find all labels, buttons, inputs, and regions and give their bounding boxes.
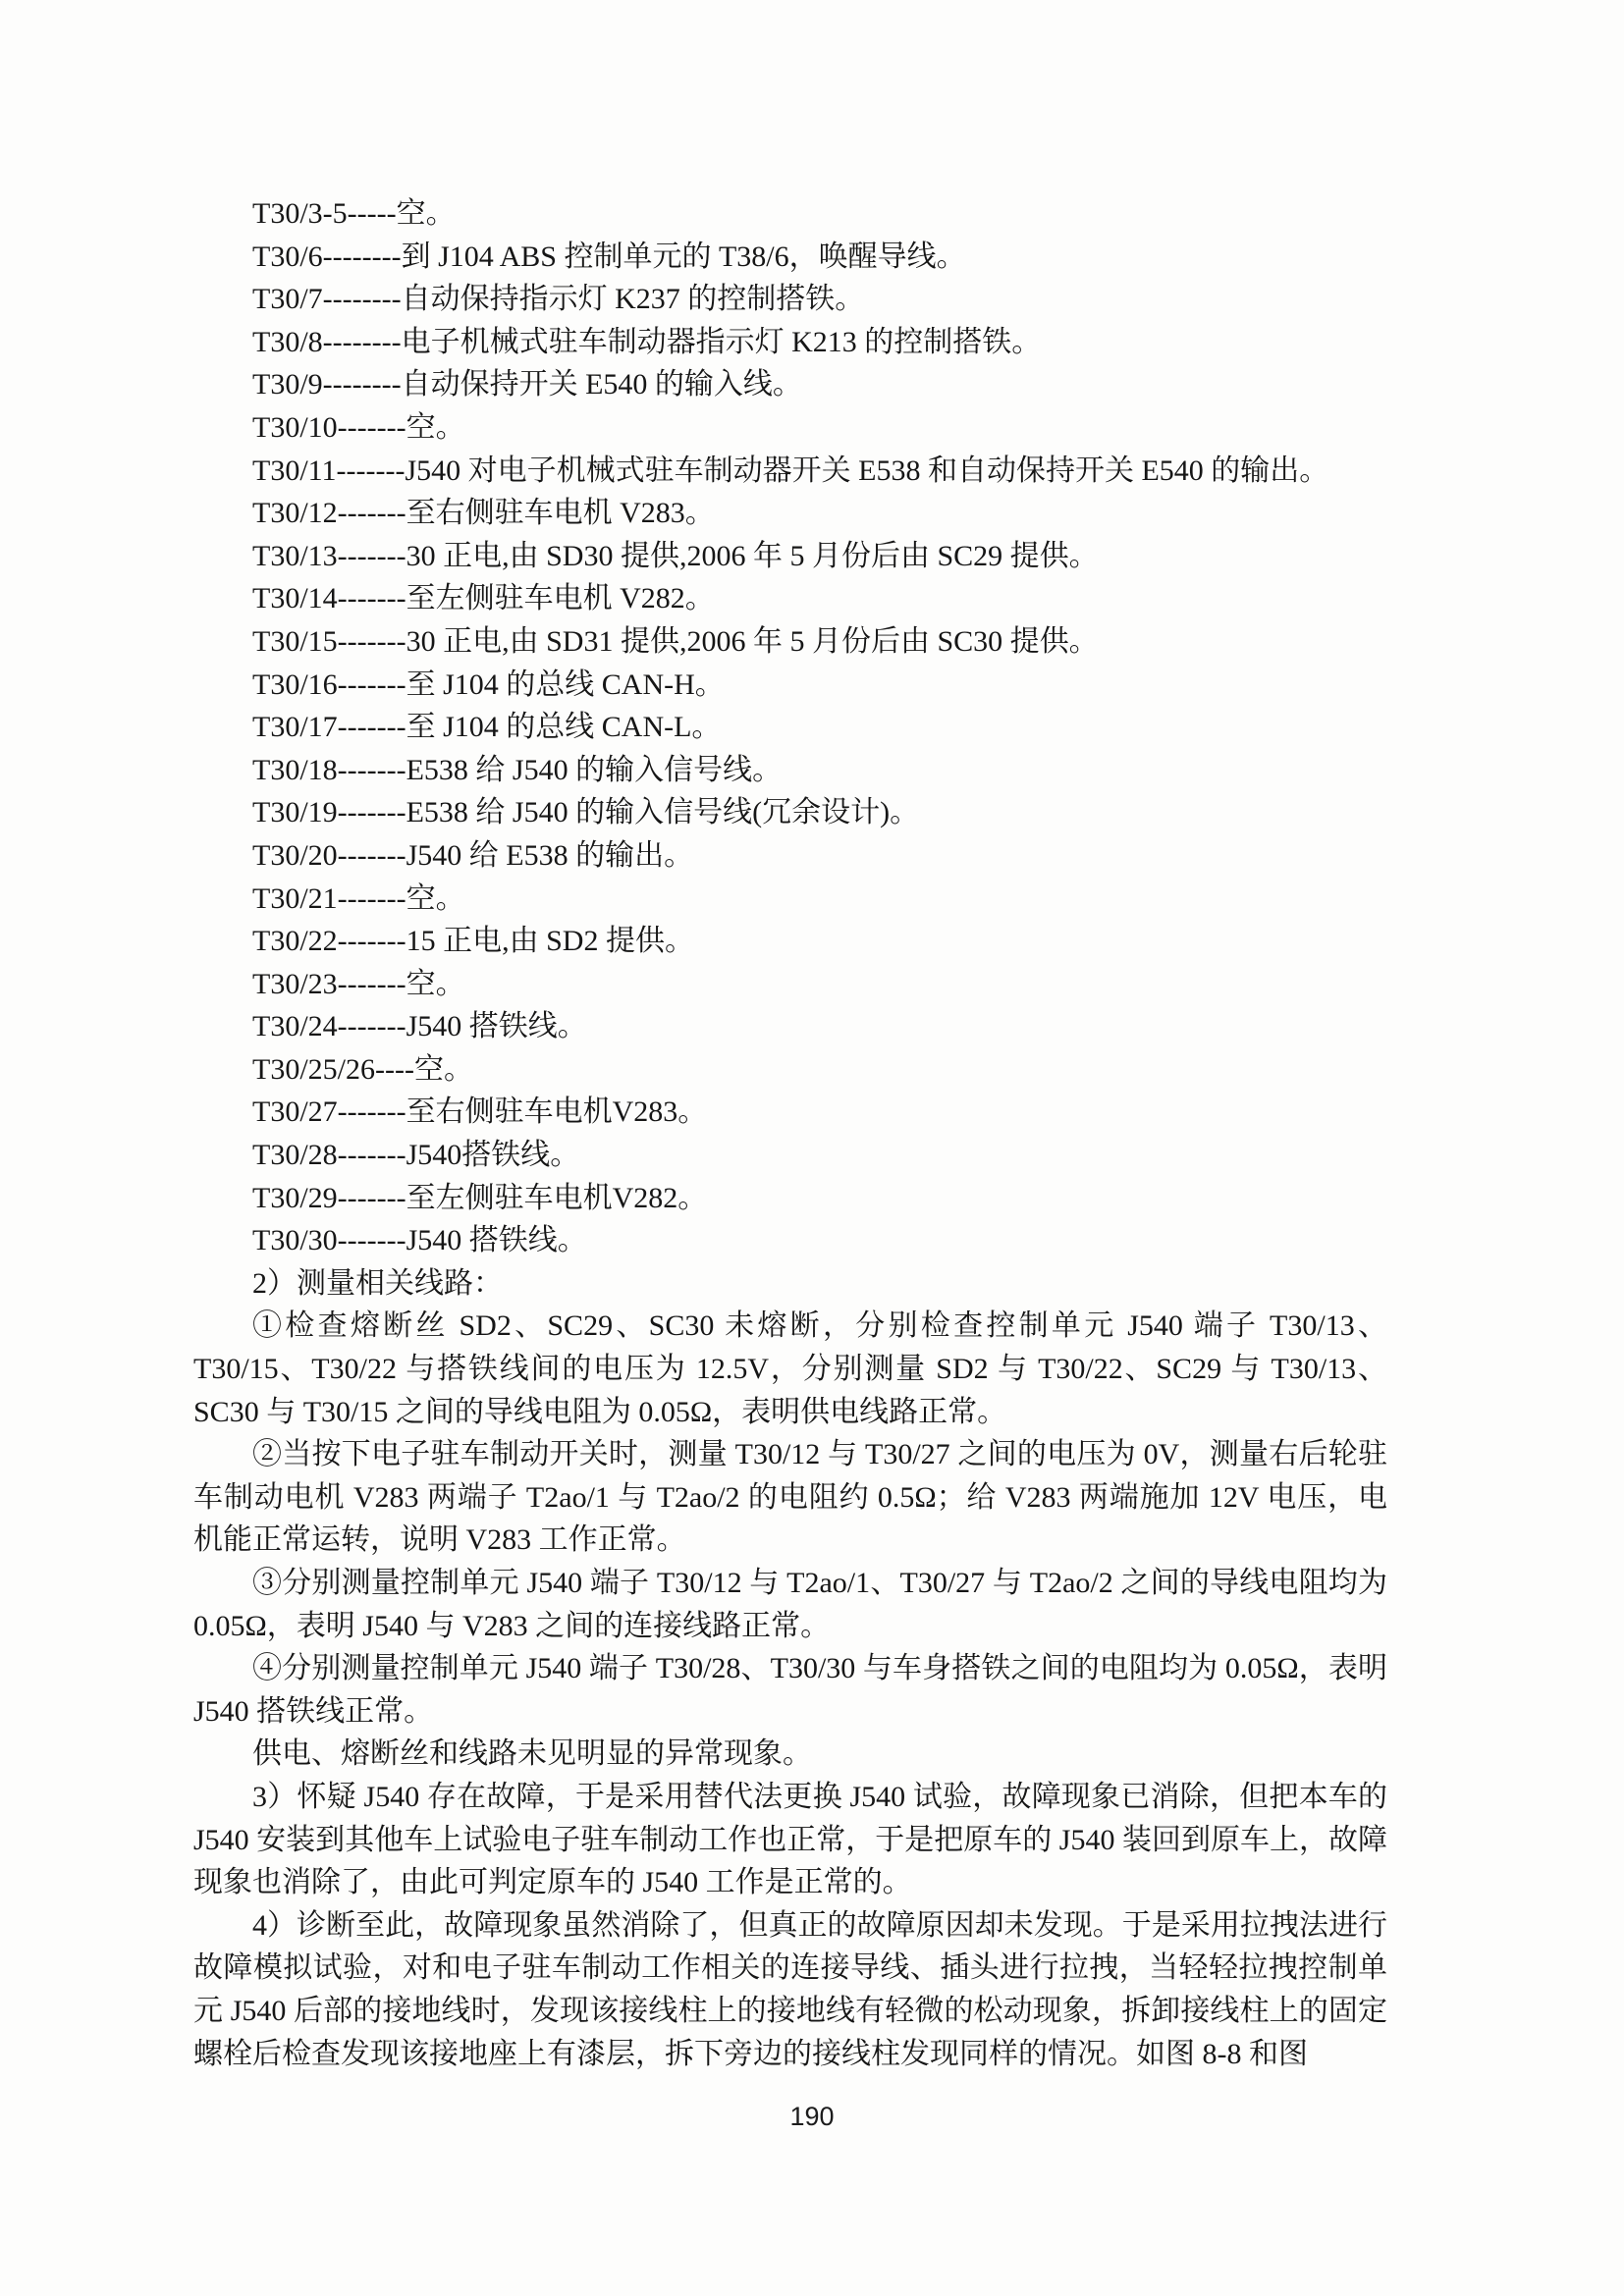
pin-assignment-line: T30/28-------J540搭铁线。 xyxy=(193,1134,1387,1177)
text-block: T30/3-5-----空。T30/6--------到 J104 ABS 控制… xyxy=(193,192,1387,2075)
pin-assignment-line: T30/7--------自动保持指示灯 K237 的控制搭铁。 xyxy=(193,278,1387,321)
pin-assignment-line: T30/20-------J540 给 E538 的输出。 xyxy=(193,834,1387,878)
pin-assignment-line: T30/30-------J540 搭铁线。 xyxy=(193,1219,1387,1262)
pin-assignment-line: T30/10-------空。 xyxy=(193,406,1387,450)
pin-assignment-line: T30/15-------30 正电,由 SD31 提供,2006 年 5 月份… xyxy=(193,620,1387,664)
pin-assignment-line: T30/14-------至左侧驻车电机 V282。 xyxy=(193,577,1387,620)
pin-assignment-line: T30/8--------电子机械式驻车制动器指示灯 K213 的控制搭铁。 xyxy=(193,321,1387,364)
document-page: T30/3-5-----空。T30/6--------到 J104 ABS 控制… xyxy=(0,0,1624,2296)
pin-assignment-line: T30/12-------至右侧驻车电机 V283。 xyxy=(193,492,1387,535)
pin-assignment-line: T30/21-------空。 xyxy=(193,878,1387,921)
paragraph-list: 2）测量相关线路：①检查熔断丝 SD2、SC29、SC30 未熔断，分别检查控制… xyxy=(193,1262,1387,2075)
pin-assignment-line: T30/9--------自动保持开关 E540 的输入线。 xyxy=(193,363,1387,406)
pin-assignment-line: T30/27-------至右侧驻车电机V283。 xyxy=(193,1091,1387,1134)
pin-assignment-line: T30/22-------15 正电,由 SD2 提供。 xyxy=(193,920,1387,963)
body-paragraph: 3）怀疑 J540 存在故障，于是采用替代法更换 J540 试验，故障现象已消除… xyxy=(193,1776,1387,1904)
body-paragraph: ③分别测量控制单元 J540 端子 T30/12 与 T2ao/1、T30/27… xyxy=(193,1562,1387,1647)
page-number: 190 xyxy=(0,2102,1624,2132)
body-paragraph: 4）诊断至此，故障现象虽然消除了，但真正的故障原因却未发现。于是采用拉拽法进行故… xyxy=(193,1904,1387,2075)
pin-assignment-line: T30/3-5-----空。 xyxy=(193,192,1387,236)
body-paragraph: 2）测量相关线路： xyxy=(193,1262,1387,1306)
pin-assignment-line: T30/13-------30 正电,由 SD30 提供,2006 年 5 月份… xyxy=(193,535,1387,578)
pin-assignment-line: T30/11-------J540 对电子机械式驻车制动器开关 E538 和自动… xyxy=(193,450,1387,493)
pin-assignment-list: T30/3-5-----空。T30/6--------到 J104 ABS 控制… xyxy=(193,192,1387,1262)
body-paragraph: ②当按下电子驻车制动开关时，测量 T30/12 与 T30/27 之间的电压为 … xyxy=(193,1433,1387,1562)
body-paragraph: 供电、熔断丝和线路未见明显的异常现象。 xyxy=(193,1733,1387,1776)
pin-assignment-line: T30/17-------至 J104 的总线 CAN-L。 xyxy=(193,706,1387,749)
pin-assignment-line: T30/25/26----空。 xyxy=(193,1048,1387,1092)
pin-assignment-line: T30/16-------至 J104 的总线 CAN-H。 xyxy=(193,664,1387,707)
body-paragraph: ④分别测量控制单元 J540 端子 T30/28、T30/30 与车身搭铁之间的… xyxy=(193,1647,1387,1733)
pin-assignment-line: T30/18-------E538 给 J540 的输入信号线。 xyxy=(193,749,1387,792)
body-paragraph: ①检查熔断丝 SD2、SC29、SC30 未熔断，分别检查控制单元 J540 端… xyxy=(193,1305,1387,1433)
pin-assignment-line: T30/19-------E538 给 J540 的输入信号线(冗余设计)。 xyxy=(193,791,1387,834)
pin-assignment-line: T30/23-------空。 xyxy=(193,963,1387,1006)
pin-assignment-line: T30/29-------至左侧驻车电机V282。 xyxy=(193,1177,1387,1220)
pin-assignment-line: T30/24-------J540 搭铁线。 xyxy=(193,1005,1387,1048)
pin-assignment-line: T30/6--------到 J104 ABS 控制单元的 T38/6，唤醒导线… xyxy=(193,236,1387,279)
